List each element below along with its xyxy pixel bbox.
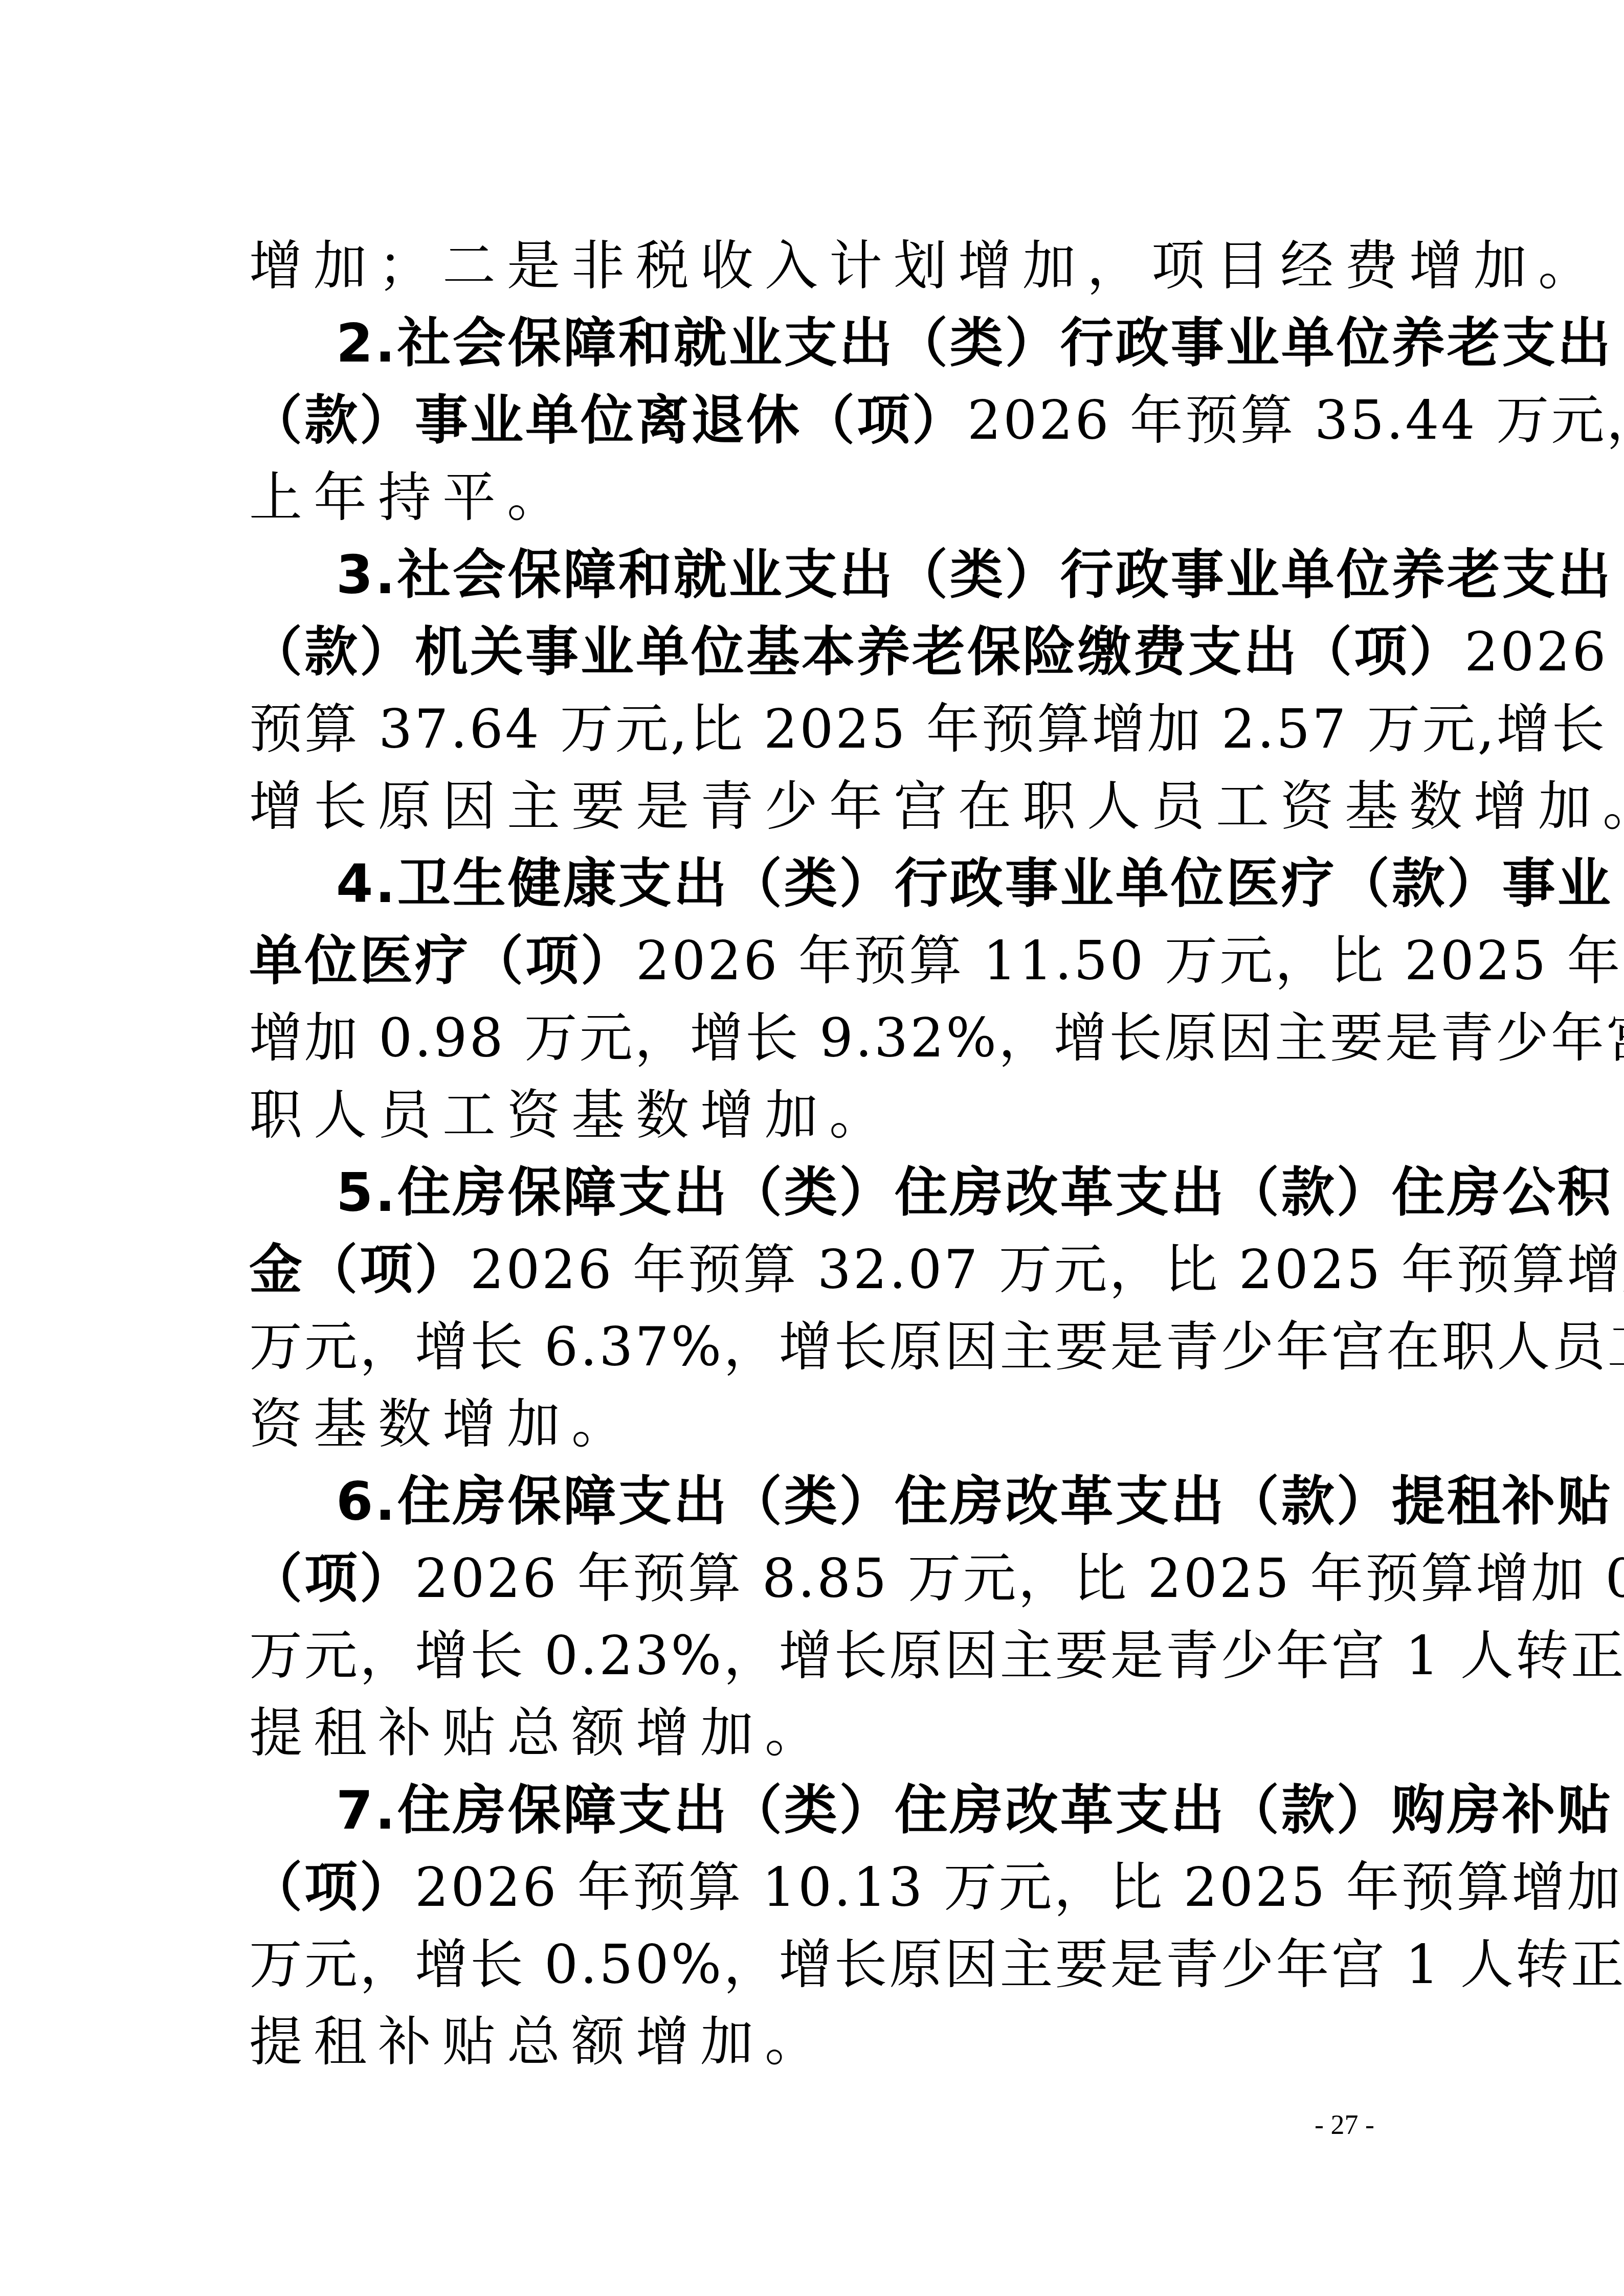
text-line: 提租补贴总额增加。 [249, 2004, 1394, 2081]
paragraph-item-7: 7.住房保障支出（类）住房改革支出（款）购房补贴 （项）2026 年预算 10.… [249, 1772, 1394, 2081]
text-line: 增长原因主要是青少年宫在职人员工资基数增加。 [249, 768, 1394, 845]
text-line: （款）事业单位离退休（项）2026 年预算 35.44 万元，与 [249, 382, 1394, 459]
body-run: 2026 年预算 10.13 万元，比 2025 年预算增加 0.05 [415, 1856, 1624, 1919]
text-line: 资基数增加。 [249, 1386, 1394, 1463]
text-line: （项）2026 年预算 8.85 万元，比 2025 年预算增加 0.02 [249, 1540, 1394, 1617]
paragraph-item-4: 4.卫生健康支出（类）行政事业单位医疗（款）事业 单位医疗（项）2026 年预算… [249, 845, 1394, 1154]
document-page: 增加；二是非税收入计划增加，项目经费增加。 2.社会保障和就业支出（类）行政事业… [0, 0, 1624, 2296]
text-line: 3.社会保障和就业支出（类）行政事业单位养老支出 [249, 536, 1394, 614]
page-number: - 27 - [1315, 2109, 1374, 2140]
text-line: 单位医疗（项）2026 年预算 11.50 万元，比 2025 年预算 [249, 922, 1394, 1000]
text-line: 预算 37.64 万元,比 2025 年预算增加 2.57 万元,增长 7.33… [249, 691, 1394, 768]
item-heading: 金（项） [249, 1239, 470, 1301]
text-line: 增加 0.98 万元，增长 9.32%，增长原因主要是青少年宫在 [249, 1000, 1394, 1077]
body-run: 2026 年 [1464, 621, 1624, 683]
item-heading: 7.住房保障支出（类）住房改革支出（款）购房补贴 [336, 1779, 1613, 1841]
paragraph-item-3: 3.社会保障和就业支出（类）行政事业单位养老支出 （款）机关事业单位基本养老保险… [249, 536, 1394, 845]
body-run: 2026 年预算 35.44 万元，与 [967, 389, 1624, 452]
item-heading: 6.住房保障支出（类）住房改革支出（款）提租补贴 [336, 1470, 1613, 1533]
text-line: 万元，增长 0.23%，增长原因主要是青少年宫 1 人转正， [249, 1617, 1394, 1695]
paragraph-item-5: 5.住房保障支出（类）住房改革支出（款）住房公积 金（项）2026 年预算 32… [249, 1154, 1394, 1463]
paragraph-item-6: 6.住房保障支出（类）住房改革支出（款）提租补贴 （项）2026 年预算 8.8… [249, 1463, 1394, 1772]
item-heading: 单位医疗（项） [249, 930, 636, 992]
item-heading: （项） [249, 1547, 415, 1610]
text-line: 2.社会保障和就业支出（类）行政事业单位养老支出 [249, 305, 1394, 382]
body-text: 增加；二是非税收入计划增加，项目经费增加。 2.社会保障和就业支出（类）行政事业… [249, 228, 1394, 2081]
item-heading: 4.卫生健康支出（类）行政事业单位医疗（款）事业 [336, 852, 1613, 915]
item-heading: （项） [249, 1856, 415, 1919]
text-line: （项）2026 年预算 10.13 万元，比 2025 年预算增加 0.05 [249, 1849, 1394, 1926]
text-line: 6.住房保障支出（类）住房改革支出（款）提租补贴 [249, 1463, 1394, 1540]
text-line: 7.住房保障支出（类）住房改革支出（款）购房补贴 [249, 1772, 1394, 1849]
body-run: 2026 年预算 8.85 万元，比 2025 年预算增加 0.02 [415, 1547, 1624, 1610]
text-line: 4.卫生健康支出（类）行政事业单位医疗（款）事业 [249, 845, 1394, 922]
body-run: 2026 年预算 32.07 万元，比 2025 年预算增加 1.92 [470, 1239, 1624, 1301]
text-line: 万元，增长 0.50%，增长原因主要是青少年宫 1 人转正， [249, 1926, 1394, 2004]
paragraph-item-2: 2.社会保障和就业支出（类）行政事业单位养老支出 （款）事业单位离退休（项）20… [249, 305, 1394, 536]
item-heading: 5.住房保障支出（类）住房改革支出（款）住房公积 [336, 1161, 1613, 1224]
body-run: 2026 年预算 11.50 万元，比 2025 年预算 [636, 930, 1624, 992]
paragraph-continuation: 增加；二是非税收入计划增加，项目经费增加。 [249, 228, 1394, 305]
text-line: 金（项）2026 年预算 32.07 万元，比 2025 年预算增加 1.92 [249, 1231, 1394, 1309]
item-heading: 3.社会保障和就业支出（类）行政事业单位养老支出 [336, 544, 1613, 606]
text-line: 5.住房保障支出（类）住房改革支出（款）住房公积 [249, 1154, 1394, 1231]
text-line: 万元，增长 6.37%，增长原因主要是青少年宫在职人员工 [249, 1309, 1394, 1386]
text-line: 增加；二是非税收入计划增加，项目经费增加。 [249, 228, 1394, 305]
item-heading: （款）机关事业单位基本养老保险缴费支出（项） [249, 621, 1464, 683]
text-line: 上年持平。 [249, 459, 1394, 536]
item-heading: （款）事业单位离退休（项） [249, 389, 967, 452]
text-line: 提租补贴总额增加。 [249, 1695, 1394, 1772]
item-heading: 2.社会保障和就业支出（类）行政事业单位养老支出 [336, 312, 1613, 374]
text-line: （款）机关事业单位基本养老保险缴费支出（项）2026 年 [249, 614, 1394, 691]
text-line: 职人员工资基数增加。 [249, 1077, 1394, 1154]
